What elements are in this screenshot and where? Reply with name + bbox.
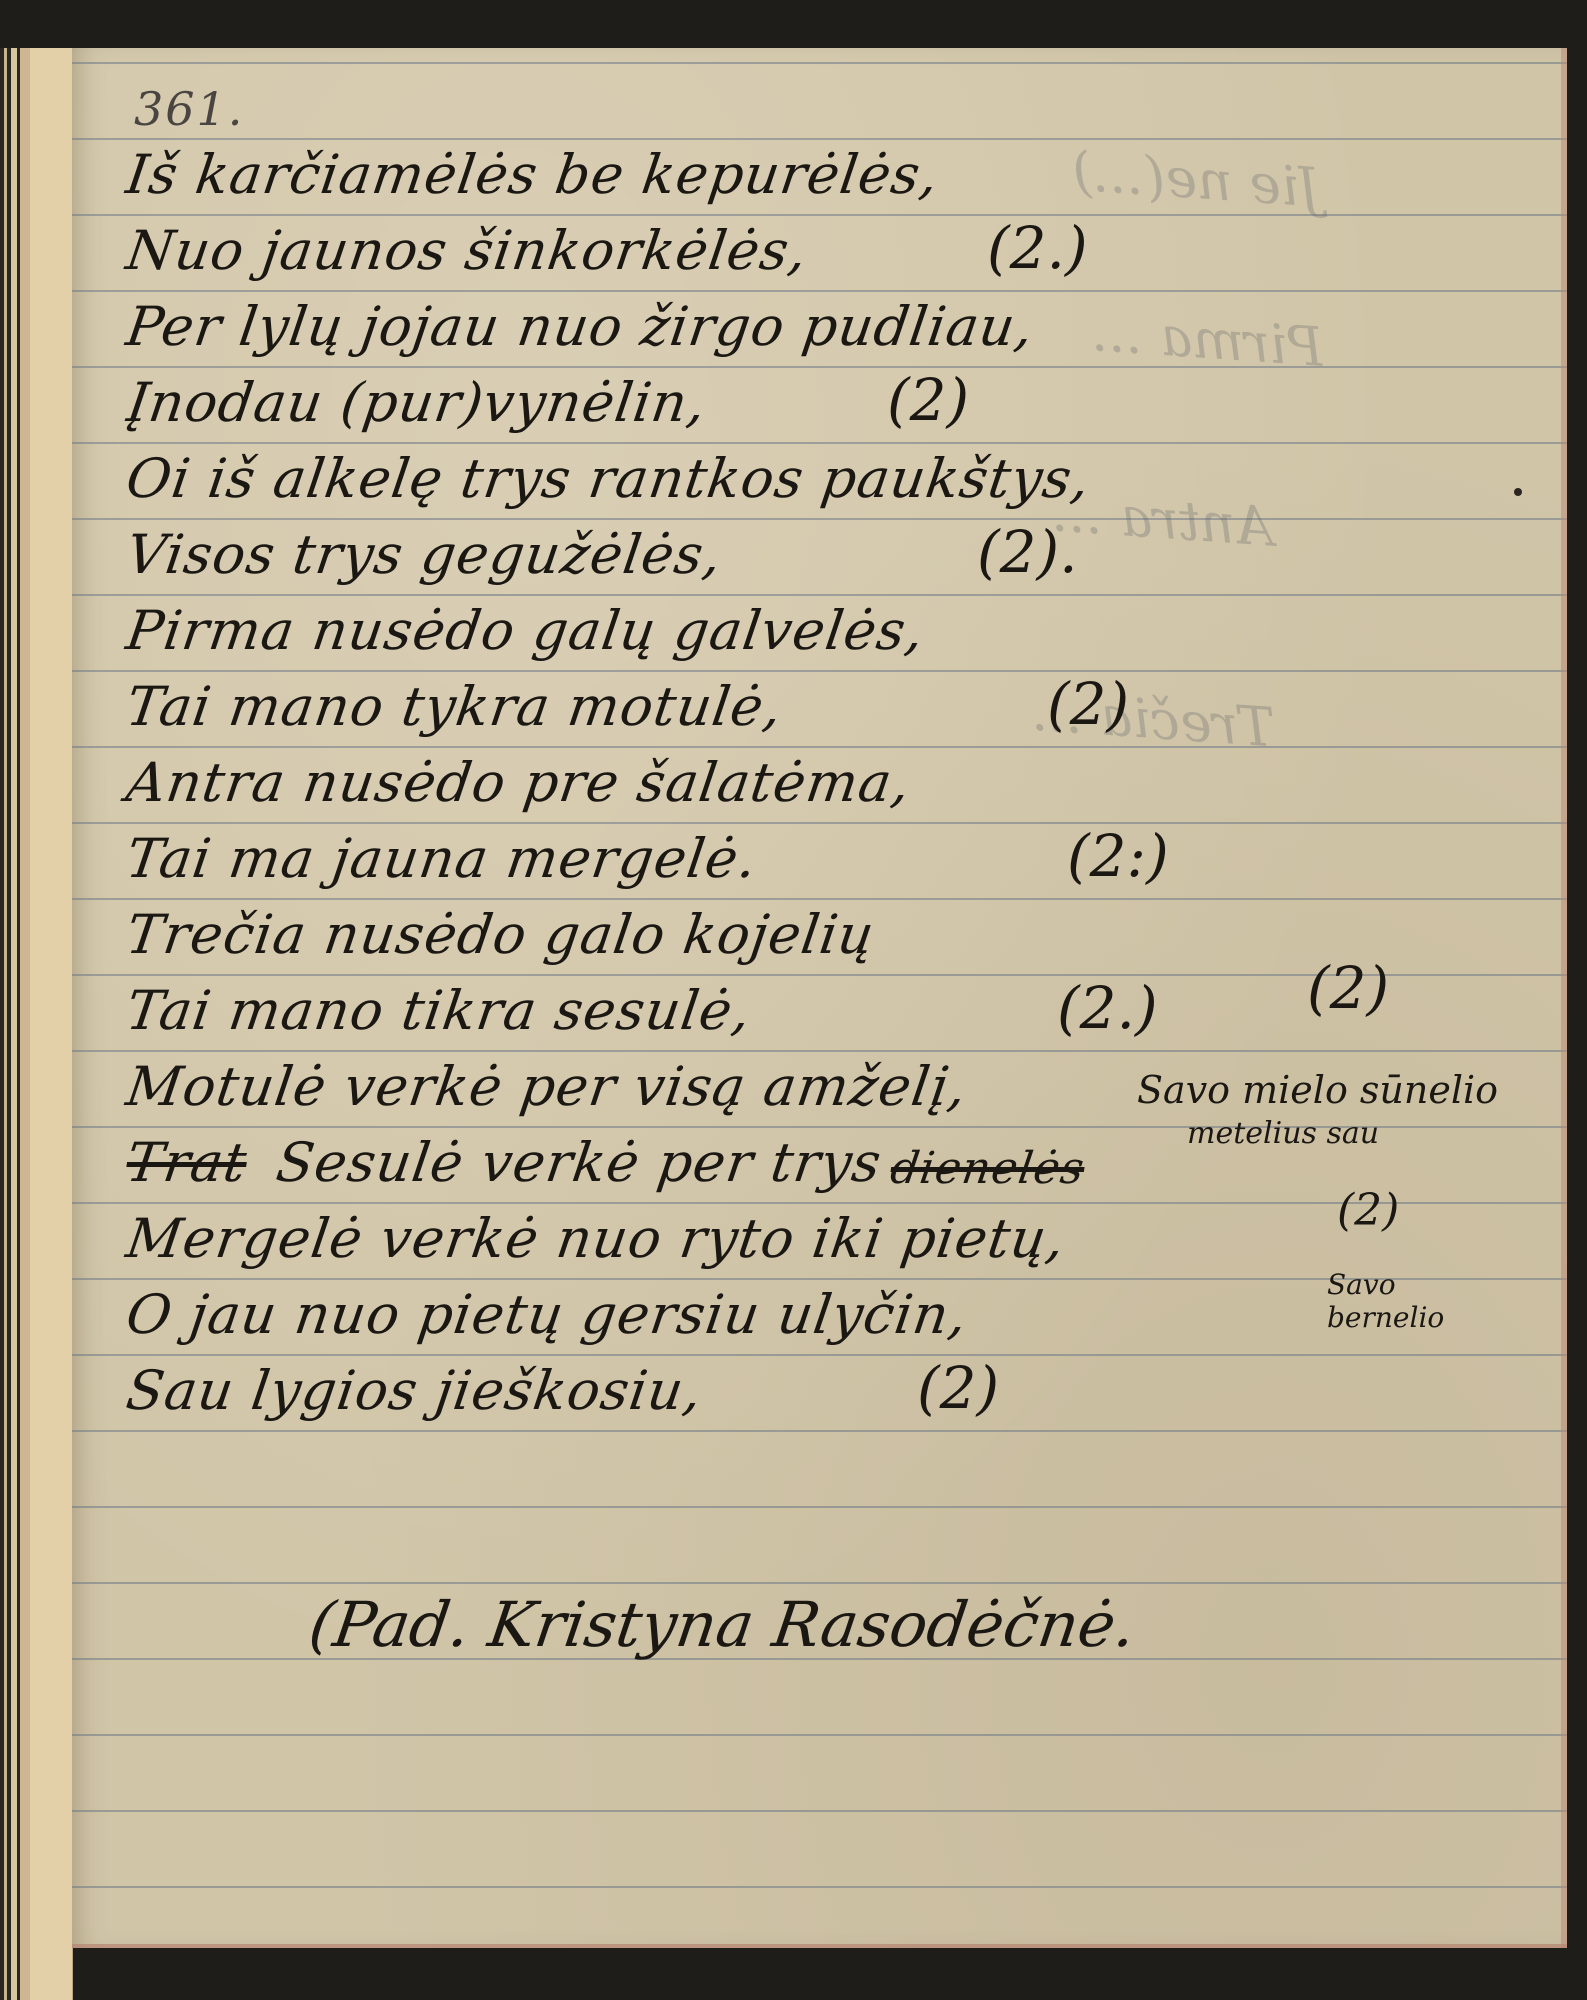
struck-word: dienelės [887,1143,1088,1194]
refrain-mark: (2) [1337,1185,1399,1236]
refrain-mark: (2.) [987,214,1088,282]
song-line: Trat Sesulė verkė per trys dienelės mete… [127,1128,1547,1204]
page-bottom-edge [72,1944,1567,1948]
song-line: Tai mano tikra sesulė, (2.) (2) [127,976,1547,1052]
struck-word: Trat [123,1131,252,1194]
song-line: Įnodau (pur)vynėlin, (2) [127,368,1547,444]
refrain-mark: (2). [977,518,1078,586]
informant-signature: (Pad. Kristyna Rasodėčnė. [305,1588,1140,1661]
song-line: Nuo jaunos šinkorkėlės, (2.) [127,216,1547,292]
song-line: Pirma nusėdo galų galvelės, [127,596,1547,672]
refrain-mark: (2:) [1067,822,1169,890]
binding-edge [0,48,73,2000]
song-line: Iš karčiamėlės be kepurėlės, [127,140,1547,216]
song-line: Mergelė verkė nuo ryto iki pietų, (2) Sa… [127,1204,1547,1280]
refrain-mark: (2) [917,1354,999,1422]
song-text: Iš karčiamėlės be kepurėlės, Nuo jaunos … [127,140,1547,1432]
song-line: O jau nuo pietų gersiu ulyčin, [127,1280,1547,1356]
refrain-mark: (2) [1047,670,1129,738]
notebook-page: Jie ne(...) Pirma ... Antra ... Trečia .… [72,48,1567,1948]
page-right-edge [1561,48,1567,1948]
song-line: Per lylų jojau nuo žirgo pudliau, [127,292,1547,368]
interlinear-insert: metelius sau [1187,1116,1379,1151]
song-line: Tai mano tykra motulė, (2) [127,672,1547,748]
refrain-mark: (2) [1307,954,1389,1022]
song-line: Sau lygios jieškosiu, (2) [127,1356,1547,1432]
refrain-mark: (2.) [1057,974,1158,1042]
scanned-notebook: Jie ne(...) Pirma ... Antra ... Trečia .… [0,0,1587,2000]
margin-continuation: Savo mielo sūnelio [1137,1068,1498,1112]
song-line: Oi iš alkelę trys rantkos paukštys, [127,444,1547,520]
song-line: Tai ma jauna mergelė. (2:) [127,824,1547,900]
refrain-mark: (2) [887,366,969,434]
song-line: Antra nusėdo pre šalatėma, [127,748,1547,824]
song-line: Visos trys gegužėlės, (2). [127,520,1547,596]
page-number: 361. [134,82,244,136]
